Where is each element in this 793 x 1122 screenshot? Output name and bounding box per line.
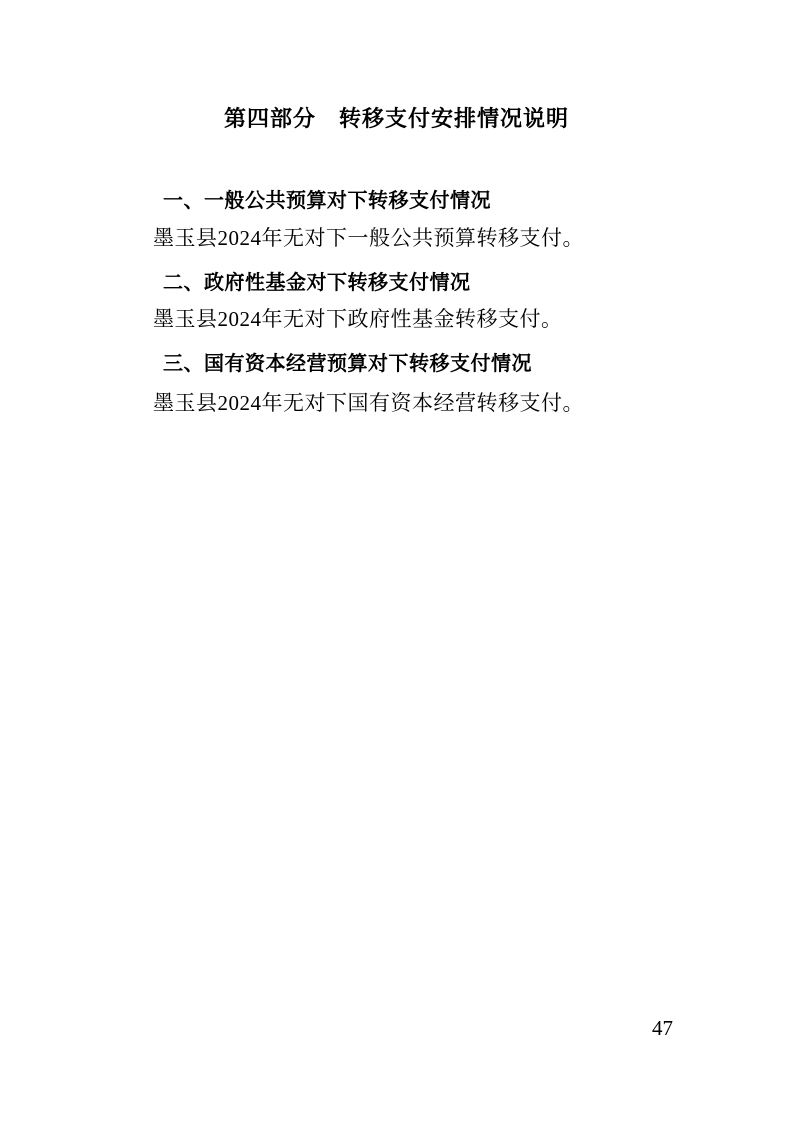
page-number: 47 (652, 1016, 673, 1040)
section-1-heading: 一、一般公共预算对下转移支付情况 (111, 189, 693, 213)
document-page: 第四部分 转移支付安排情况说明 一、一般公共预算对下转移支付情况 墨玉县2024… (0, 0, 793, 1122)
section-3-body: 墨玉县2024年无对下国有资本经营转移支付。 (111, 391, 693, 416)
section-1-body: 墨玉县2024年无对下一般公共预算转移支付。 (111, 226, 693, 251)
section-2-body: 墨玉县2024年无对下政府性基金转移支付。 (111, 307, 693, 332)
page-title: 第四部分 转移支付安排情况说明 (0, 106, 793, 132)
section-3-heading: 三、国有资本经营预算对下转移支付情况 (111, 352, 693, 376)
section-2-heading: 二、政府性基金对下转移支付情况 (111, 271, 693, 295)
